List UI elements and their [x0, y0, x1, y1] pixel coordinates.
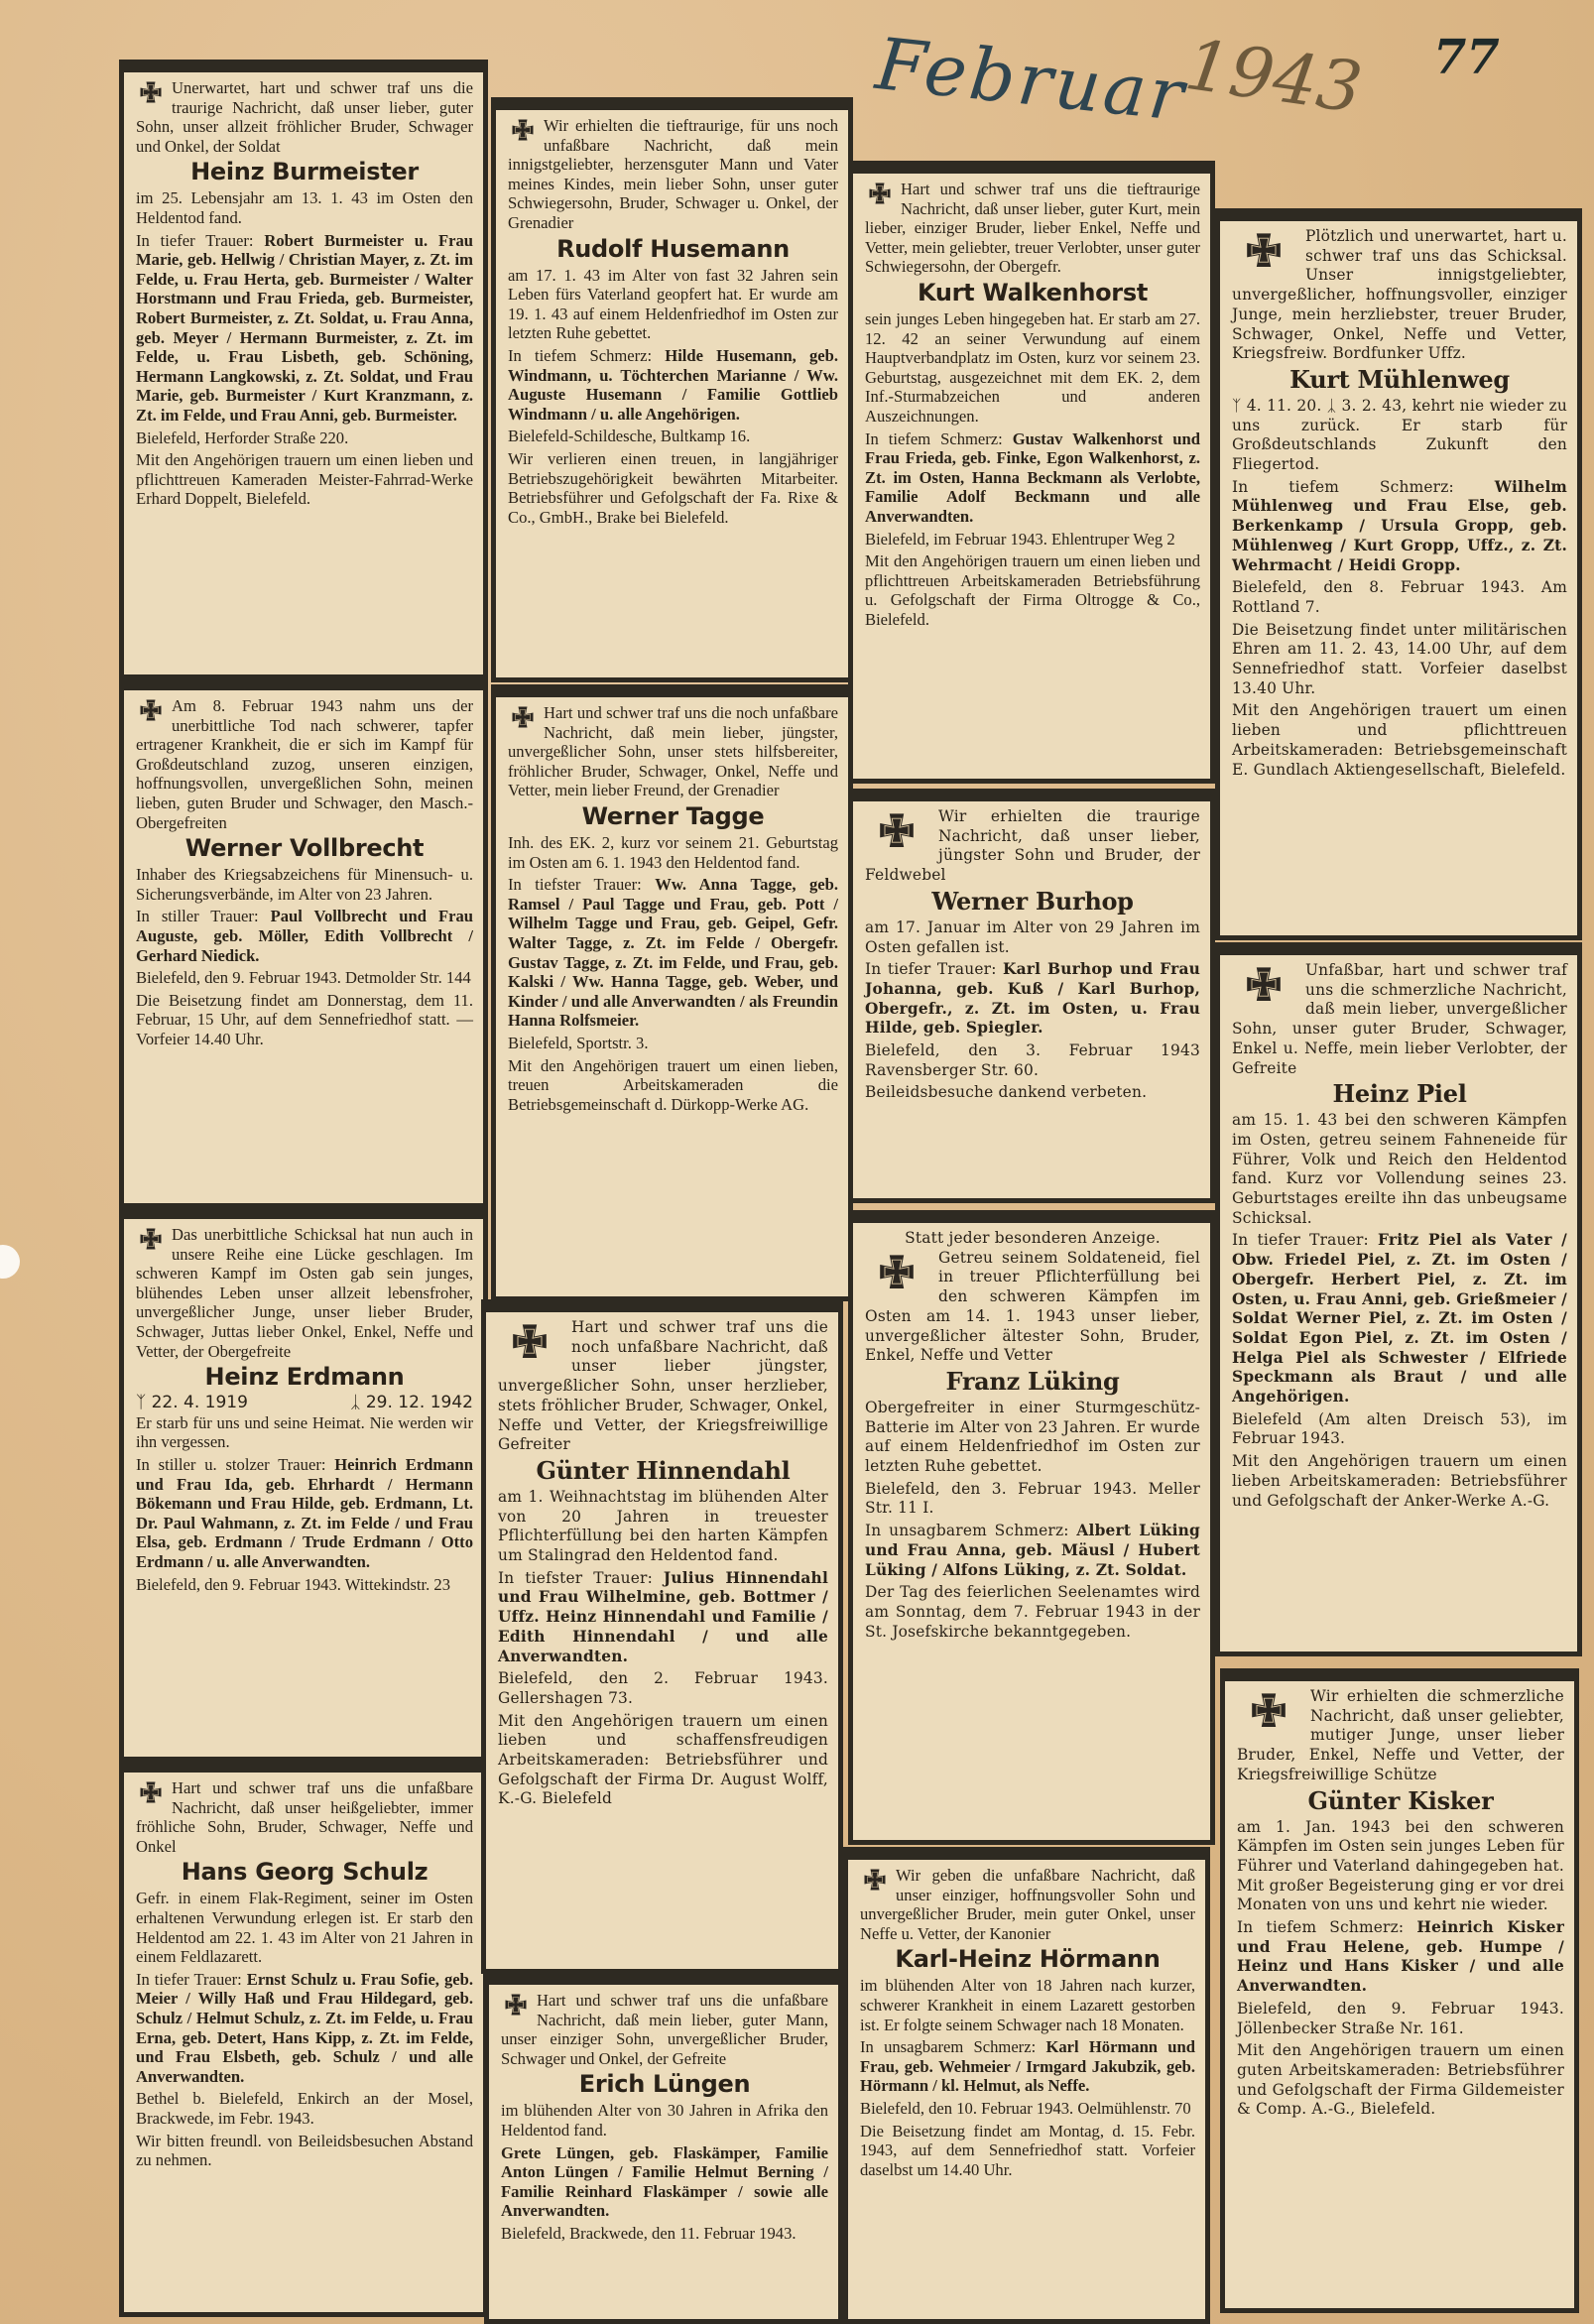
funeral-notice: Wir bitten freundl. von Beileidsbesuchen…: [136, 2132, 473, 2170]
notice-details: Gefr. in einem Flak-Regiment, seiner im …: [136, 1889, 473, 1966]
mourners-label: In tiefer Trauer:: [136, 1970, 242, 1989]
mourners: Robert Burmeister u. Frau Marie, geb. He…: [136, 231, 473, 425]
notice-details: am 15. 1. 43 bei den schweren Kämpfen im…: [1232, 1111, 1567, 1228]
notice-details: am 17. Januar im Alter von 29 Jahren im …: [865, 918, 1200, 957]
funeral-notice: Die Beisetzung findet unter militärische…: [1232, 621, 1567, 699]
obituary-burhop: Wir erhielten die traurige Nachricht, da…: [848, 789, 1215, 1203]
notice-intro: Wir erhielten die tieftraurige, für uns …: [508, 116, 838, 233]
notice-details: sein junges Leben hingegeben hat. Er sta…: [865, 309, 1200, 427]
notice-intro: Wir geben die unfaßbare Nachricht, daß u…: [860, 1866, 1195, 1943]
place-date: Bielefeld, den 2. Februar 1943. Gellersh…: [498, 1669, 828, 1708]
notice-intro: Am 8. Februar 1943 nahm uns der unerbitt…: [136, 696, 473, 832]
place-date: Bielefeld, den 10. Februar 1943. Oelmühl…: [860, 2099, 1195, 2119]
mourners: Fritz Piel als Vater / Obw. Friedel Piel…: [1232, 1231, 1567, 1406]
notice-details: Inh. des EK. 2, kurz vor seinem 21. Gebu…: [508, 833, 838, 872]
mourners-label: In tiefer Trauer:: [1232, 1231, 1369, 1249]
funeral-notice: Der Tag des feierlichen Seelenamtes wird…: [865, 1583, 1200, 1642]
death-date: ᛣ 29. 12. 1942: [350, 1394, 473, 1413]
place-date: Bielefeld, den 9. Februar 1943. Jöllenbe…: [1237, 2000, 1564, 2038]
handwritten-month: Februar: [872, 22, 1190, 137]
deceased-name: Günter Hinnendahl: [498, 1456, 828, 1486]
deceased-name: Heinz Erdmann: [136, 1362, 473, 1392]
deceased-name: Werner Tagge: [508, 801, 838, 831]
deceased-name: Werner Burhop: [865, 887, 1200, 917]
deceased-name: Kurt Mühlenweg: [1232, 365, 1567, 395]
deceased-name: Werner Vollbrecht: [136, 833, 473, 863]
obituary-kisker: Wir erhielten die schmerzliche Nachricht…: [1220, 1668, 1579, 2313]
notice-details: am 1. Weihnachtstag im blühenden Alter v…: [498, 1488, 828, 1566]
iron-cross-icon: [1245, 1691, 1292, 1739]
iron-cross-icon: [508, 118, 538, 148]
notice-preface: Statt jeder besonderen Anzeige.: [865, 1229, 1200, 1249]
place-date: Bielefeld (Am alten Dreisch 53), im Febr…: [1232, 1410, 1567, 1449]
notice-intro: Das unerbittliche Schicksal hat nun auch…: [136, 1225, 473, 1361]
mourners-label: In tiefer Trauer:: [865, 960, 997, 978]
mourners-label: In tiefem Schmerz:: [1232, 478, 1454, 496]
mourners-label: In tiefem Schmerz:: [508, 346, 652, 365]
place-date: Bielefeld, Brackwede, den 11. Februar 19…: [501, 2224, 828, 2244]
place-date: Bielefeld, den 9. Februar 1943. Wittekin…: [136, 1575, 473, 1595]
iron-cross-icon: [506, 1322, 553, 1370]
punch-hole: [0, 1245, 20, 1279]
deceased-name: Hans Georg Schulz: [136, 1857, 473, 1887]
employer-notice: Mit den Angehörigen trauern um einen gut…: [1237, 2041, 1564, 2120]
iron-cross-icon: [136, 80, 166, 110]
mourners-label: In tiefem Schmerz:: [1237, 1918, 1404, 1936]
deceased-name: Erich Lüngen: [501, 2069, 828, 2099]
notice-intro: Hart und schwer traf uns die noch unfaßb…: [508, 703, 838, 800]
place-date: Bethel b. Bielefeld, Enkirch an der Mose…: [136, 2089, 473, 2128]
mourners-label: In stiller u. stolzer Trauer:: [136, 1455, 325, 1474]
place-date: Bielefeld, den 8. Februar 1943. Am Rottl…: [1232, 578, 1567, 617]
notice-intro: Hart und schwer traf uns die unfaßbare N…: [501, 1991, 828, 2068]
obituary-piel: Unfaßbar, hart und schwer traf uns die s…: [1215, 942, 1582, 1656]
funeral-notice: Die Beisetzung findet am Donnerstag, dem…: [136, 991, 473, 1049]
iron-cross-icon: [1240, 965, 1287, 1013]
obituary-burmeister: Unerwartet, hart und schwer traf uns die…: [119, 60, 488, 679]
deceased-name: Günter Kisker: [1237, 1786, 1564, 1816]
iron-cross-icon: [860, 1868, 890, 1897]
place-date: Bielefeld, im Februar 1943. Ehlentruper …: [865, 530, 1200, 550]
mourners-label: In tiefer Trauer:: [136, 231, 254, 250]
notice-intro: Hart und schwer traf uns die tieftraurig…: [865, 180, 1200, 277]
notice-details: am 17. 1. 43 im Alter von fast 32 Jahren…: [508, 266, 838, 343]
handwritten-year: 1943: [1180, 24, 1367, 129]
place-date: Bielefeld, den 3. Februar 1943 Ravensber…: [865, 1041, 1200, 1080]
iron-cross-icon: [136, 698, 166, 728]
iron-cross-icon: [873, 1253, 920, 1300]
birth-date: ᛉ 22. 4. 1919: [136, 1394, 248, 1413]
mourners-label: In unsagbarem Schmerz:: [865, 1522, 1069, 1539]
iron-cross-icon: [501, 1993, 531, 2022]
mourners: Ww. Anna Tagge, geb. Ramsel / Paul Tagge…: [508, 875, 838, 1030]
mourners-label: In unsagbarem Schmerz:: [860, 2037, 1036, 2056]
funeral-notice: Die Beisetzung findet am Montag, d. 15. …: [860, 2122, 1195, 2180]
iron-cross-icon: [508, 705, 538, 735]
notice-details: Obergefreiter in einer Sturmgeschütz-Bat…: [865, 1399, 1200, 1477]
obituary-erdmann: Das unerbittliche Schicksal hat nun auch…: [119, 1206, 488, 1762]
deceased-name: Franz Lüking: [865, 1367, 1200, 1397]
notice-details: Er starb für uns und seine Heimat. Nie w…: [136, 1413, 473, 1452]
obituary-schulz: Hart und schwer traf uns die unfaßbare N…: [119, 1760, 488, 2317]
funeral-notice: Beileidsbesuche dankend verbeten.: [865, 1083, 1200, 1103]
mourners-label: In tiefem Schmerz:: [865, 429, 1003, 448]
place-date: Bielefeld, den 9. Februar 1943. Detmolde…: [136, 968, 473, 988]
employer-notice: Mit den Angehörigen trauern um einen lie…: [136, 450, 473, 509]
obituary-walkenhorst: Hart und schwer traf uns die tieftraurig…: [848, 161, 1215, 784]
employer-notice: Mit den Angehörigen trauern um einen lie…: [1232, 1452, 1567, 1511]
employer-notice: Wir verlieren einen treuen, in langjähri…: [508, 449, 838, 527]
deceased-name: Rudolf Husemann: [508, 234, 838, 264]
employer-notice: Mit den Angehörigen trauert um einen lie…: [1232, 701, 1567, 780]
place-date: Bielefeld, den 3. Februar 1943. Meller S…: [865, 1480, 1200, 1519]
notice-details: am 1. Jan. 1943 bei den schweren Kämpfen…: [1237, 1818, 1564, 1916]
deceased-name: Heinz Burmeister: [136, 157, 473, 186]
notice-intro: Unerwartet, hart und schwer traf uns die…: [136, 78, 473, 156]
obituary-hinnendahl: Hart und schwer traf uns die noch unfaßb…: [481, 1299, 843, 1974]
notice-details: ᛉ 4. 11. 20. ᛣ 3. 2. 43, kehrt nie wiede…: [1232, 397, 1567, 475]
mourners-label: In stiller Trauer:: [136, 907, 259, 925]
obituary-hoermann: Wir geben die unfaßbare Nachricht, daß u…: [843, 1847, 1210, 2324]
place-date: Bielefeld, Herforder Straße 220.: [136, 428, 473, 448]
obituary-husemann: Wir erhielten die tieftraurige, für uns …: [491, 97, 853, 682]
deceased-name: Kurt Walkenhorst: [865, 278, 1200, 307]
iron-cross-icon: [136, 1227, 166, 1257]
place-date: Bielefeld, Sportstr. 3.: [508, 1034, 838, 1053]
mourners: Grete Lüngen, geb. Flaskämper, Familie A…: [501, 2143, 828, 2221]
notice-details: Inhaber des Kriegsabzeichens für Minensu…: [136, 865, 473, 904]
employer-notice: Mit den Angehörigen trauern um einen lie…: [865, 551, 1200, 629]
page-number: 77: [1433, 30, 1500, 85]
obituary-vollbrecht: Am 8. Februar 1943 nahm uns der unerbitt…: [119, 677, 488, 1208]
deceased-name: Heinz Piel: [1232, 1079, 1567, 1109]
obituary-tagge: Hart und schwer traf uns die noch unfaßb…: [491, 684, 853, 1301]
iron-cross-icon: [873, 811, 920, 859]
mourners-label: In tiefster Trauer:: [508, 875, 642, 894]
notice-details: im 25. Lebensjahr am 13. 1. 43 im Osten …: [136, 188, 473, 227]
deceased-name: Karl-Heinz Hörmann: [860, 1944, 1195, 1974]
employer-notice: Mit den Angehörigen trauert um einen lie…: [508, 1056, 838, 1115]
employer-notice: Mit den Angehörigen trauern um einen lie…: [498, 1712, 828, 1810]
notice-details: im blühenden Alter von 18 Jahren nach ku…: [860, 1976, 1195, 2034]
iron-cross-icon: [865, 182, 895, 211]
iron-cross-icon: [136, 1780, 166, 1810]
obituary-muehlenweg: Plötzlich und unerwartet, hart u. schwer…: [1215, 208, 1582, 940]
iron-cross-icon: [1240, 231, 1287, 279]
obituary-luengen: Hart und schwer traf uns die unfaßbare N…: [484, 1972, 843, 2324]
notice-intro: Hart und schwer traf uns die unfaßbare N…: [136, 1778, 473, 1856]
mourners-label: In tiefster Trauer:: [498, 1569, 653, 1587]
obituary-lueking: Statt jeder besonderen Anzeige. Getreu s…: [848, 1210, 1215, 1845]
notice-details: im blühenden Alter von 30 Jahren in Afri…: [501, 2101, 828, 2140]
place-date: Bielefeld-Schildesche, Bultkamp 16.: [508, 427, 838, 446]
